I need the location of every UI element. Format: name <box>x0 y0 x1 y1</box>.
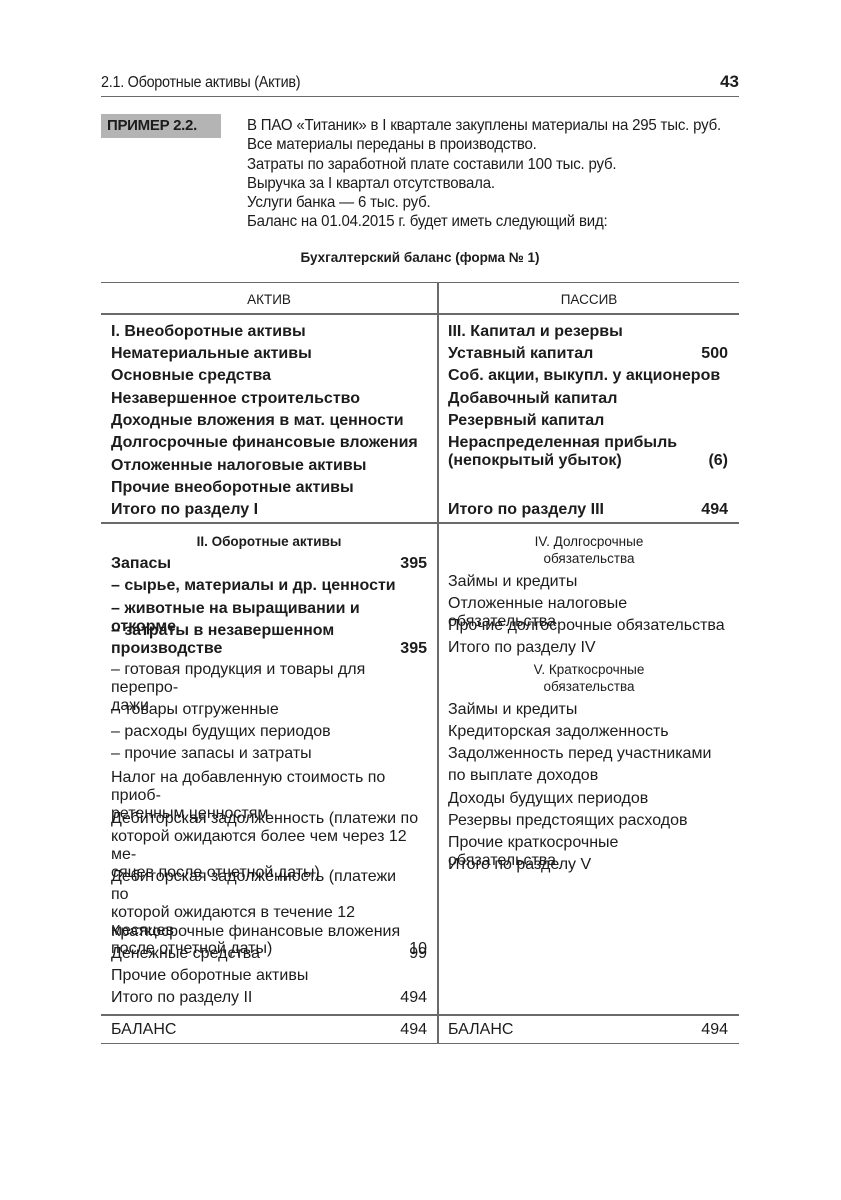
table-row: – прочие запасы и затраты <box>111 745 427 763</box>
row-value: 99 <box>409 945 427 963</box>
row-label: Итого по разделу IV <box>448 639 596 657</box>
row-label: Резервный капитал <box>448 412 604 430</box>
row-value: (6) <box>708 452 728 470</box>
row-label: Итого по разделу III <box>448 501 604 519</box>
example-text: В ПАО «Титаник» в I квартале закуплены м… <box>247 116 746 232</box>
example-line: Услуги банка — 6 тыс. руб. <box>247 193 721 212</box>
table-row: Резервный капитал <box>448 412 728 430</box>
table-row: Итого по разделу IV <box>448 639 728 657</box>
table-row: Отложенные налоговые активы <box>111 457 427 475</box>
table-row: Займы и кредиты <box>448 701 728 719</box>
table-row: Долгосрочные финансовые вложения <box>111 434 427 452</box>
row-label: Прочие оборотные активы <box>111 967 308 985</box>
row-label: Доходы будущих периодов <box>448 790 648 808</box>
row-label: Долгосрочные финансовые вложения <box>111 434 418 452</box>
row-label: Соб. акции, выкупл. у акционеров <box>448 367 720 385</box>
section-heading: V. Краткосрочные обязательства <box>439 661 739 695</box>
row-value: 395 <box>400 555 427 573</box>
table-row: Прочие внеоборотные активы <box>111 479 427 497</box>
row-value: 494 <box>701 1021 728 1039</box>
table-row: Краткосрочные финансовые вложения <box>111 923 427 941</box>
table-row: Нематериальные активы <box>111 345 427 363</box>
table-row: Незавершенное строительство <box>111 390 427 408</box>
table-row: Итого по разделу II494 <box>111 989 427 1007</box>
example-label: ПРИМЕР 2.2. <box>101 114 221 138</box>
column-header-liabilities: ПАССИВ <box>439 292 739 307</box>
row-label: – товары отгруженные <box>111 701 279 719</box>
table-row: по выплате доходов <box>448 767 728 785</box>
row-label: Уставный капитал <box>448 345 593 363</box>
table-row: Итого по разделу V <box>448 856 728 874</box>
example-line: Все материалы переданы в производство. <box>247 135 721 154</box>
example-line: Затраты по заработной плате составили 10… <box>247 155 721 174</box>
row-value: 395 <box>400 640 427 658</box>
table-row: Основные средства <box>111 367 427 385</box>
balance-divider <box>101 1014 739 1016</box>
row-label: I. Внеоборотные активы <box>111 323 306 341</box>
table-row: – сырье, материалы и др. ценности <box>111 577 427 595</box>
table-row: Доходы будущих периодов <box>448 790 728 808</box>
row-label: III. Капитал и резервы <box>448 323 623 341</box>
row-label: – затраты в незавершенном производстве <box>111 622 334 658</box>
row-label: Займы и кредиты <box>448 701 577 719</box>
row-value: 494 <box>701 501 728 519</box>
header-divider <box>101 313 739 315</box>
row-label: Основные средства <box>111 367 271 385</box>
table-row: – расходы будущих периодов <box>111 723 427 741</box>
table-row: Доходные вложения в мат. ценности <box>111 412 427 430</box>
table-row: – товары отгруженные <box>111 701 427 719</box>
row-label: Добавочный капитал <box>448 390 617 408</box>
row-label: – прочие запасы и затраты <box>111 745 312 763</box>
row-label: Итого по разделу V <box>448 856 591 874</box>
table-row: Денежные средства99 <box>111 945 427 963</box>
table-row: БАЛАНС494 <box>111 1021 427 1039</box>
row-label: БАЛАНС <box>448 1021 513 1039</box>
table-row: III. Капитал и резервы <box>448 323 728 341</box>
table-row: Прочие оборотные активы <box>111 967 427 985</box>
section-heading: IV. Долгосрочные обязательства <box>439 533 739 567</box>
example-line: В ПАО «Титаник» в I квартале закуплены м… <box>247 116 721 135</box>
column-header-assets: АКТИВ <box>101 292 437 307</box>
row-label: Незавершенное строительство <box>111 390 360 408</box>
row-label: Займы и кредиты <box>448 573 577 591</box>
balance-table: АКТИВ ПАССИВ I. Внеоборотные активыНемат… <box>101 282 739 1044</box>
row-label: Доходные вложения в мат. ценности <box>111 412 404 430</box>
table-row: Добавочный капитал <box>448 390 728 408</box>
row-value: 500 <box>701 345 728 363</box>
row-label: по выплате доходов <box>448 767 598 785</box>
row-label: Итого по разделу I <box>111 501 258 519</box>
section-heading: II. Оборотные активы <box>101 533 437 550</box>
row-label: Задолженность перед участниками <box>448 745 711 763</box>
row-label: Запасы <box>111 555 171 573</box>
table-row: Нераспределенная прибыль (непокрытый убы… <box>448 434 728 470</box>
row-label: Итого по разделу II <box>111 989 252 1007</box>
row-label: Прочие внеоборотные активы <box>111 479 354 497</box>
row-label: – расходы будущих периодов <box>111 723 331 741</box>
page-number: 43 <box>720 72 739 92</box>
page-header: 2.1. Оборотные активы (Актив) 43 <box>101 72 739 97</box>
running-title: 2.1. Оборотные активы (Актив) <box>101 74 300 92</box>
table-row: Итого по разделу III494 <box>448 501 728 519</box>
table-title: Бухгалтерский баланс (форма № 1) <box>101 250 739 265</box>
table-row: Займы и кредиты <box>448 573 728 591</box>
row-label: Нераспределенная прибыль (непокрытый убы… <box>448 434 677 470</box>
table-row: Резервы предстоящих расходов <box>448 812 728 830</box>
table-row: Кредиторская задолженность <box>448 723 728 741</box>
example-line: Выручка за I квартал отсутствовала. <box>247 174 721 193</box>
row-label: Краткосрочные финансовые вложения <box>111 923 400 941</box>
row-value: 494 <box>400 989 427 1007</box>
example-line: Баланс на 01.04.2015 г. будет иметь след… <box>247 212 721 231</box>
row-value: 494 <box>400 1021 427 1039</box>
section-divider <box>101 522 739 524</box>
row-label: БАЛАНС <box>111 1021 176 1039</box>
table-row: БАЛАНС494 <box>448 1021 728 1039</box>
row-label: Денежные средства <box>111 945 260 963</box>
table-row: I. Внеоборотные активы <box>111 323 427 341</box>
table-row: Задолженность перед участниками <box>448 745 728 763</box>
row-label: Резервы предстоящих расходов <box>448 812 688 830</box>
table-row: Запасы395 <box>111 555 427 573</box>
row-label: Отложенные налоговые активы <box>111 457 366 475</box>
table-row: Прочие долгосрочные обязательства <box>448 617 728 635</box>
table-row: Соб. акции, выкупл. у акционеров <box>448 367 728 385</box>
table-row: Уставный капитал500 <box>448 345 728 363</box>
row-label: Нематериальные активы <box>111 345 312 363</box>
table-row: Итого по разделу I <box>111 501 427 519</box>
row-label: – сырье, материалы и др. ценности <box>111 577 396 595</box>
row-label: Кредиторская задолженность <box>448 723 669 741</box>
table-row: – затраты в незавершенном производстве39… <box>111 622 427 658</box>
row-label: Прочие долгосрочные обязательства <box>448 617 725 635</box>
